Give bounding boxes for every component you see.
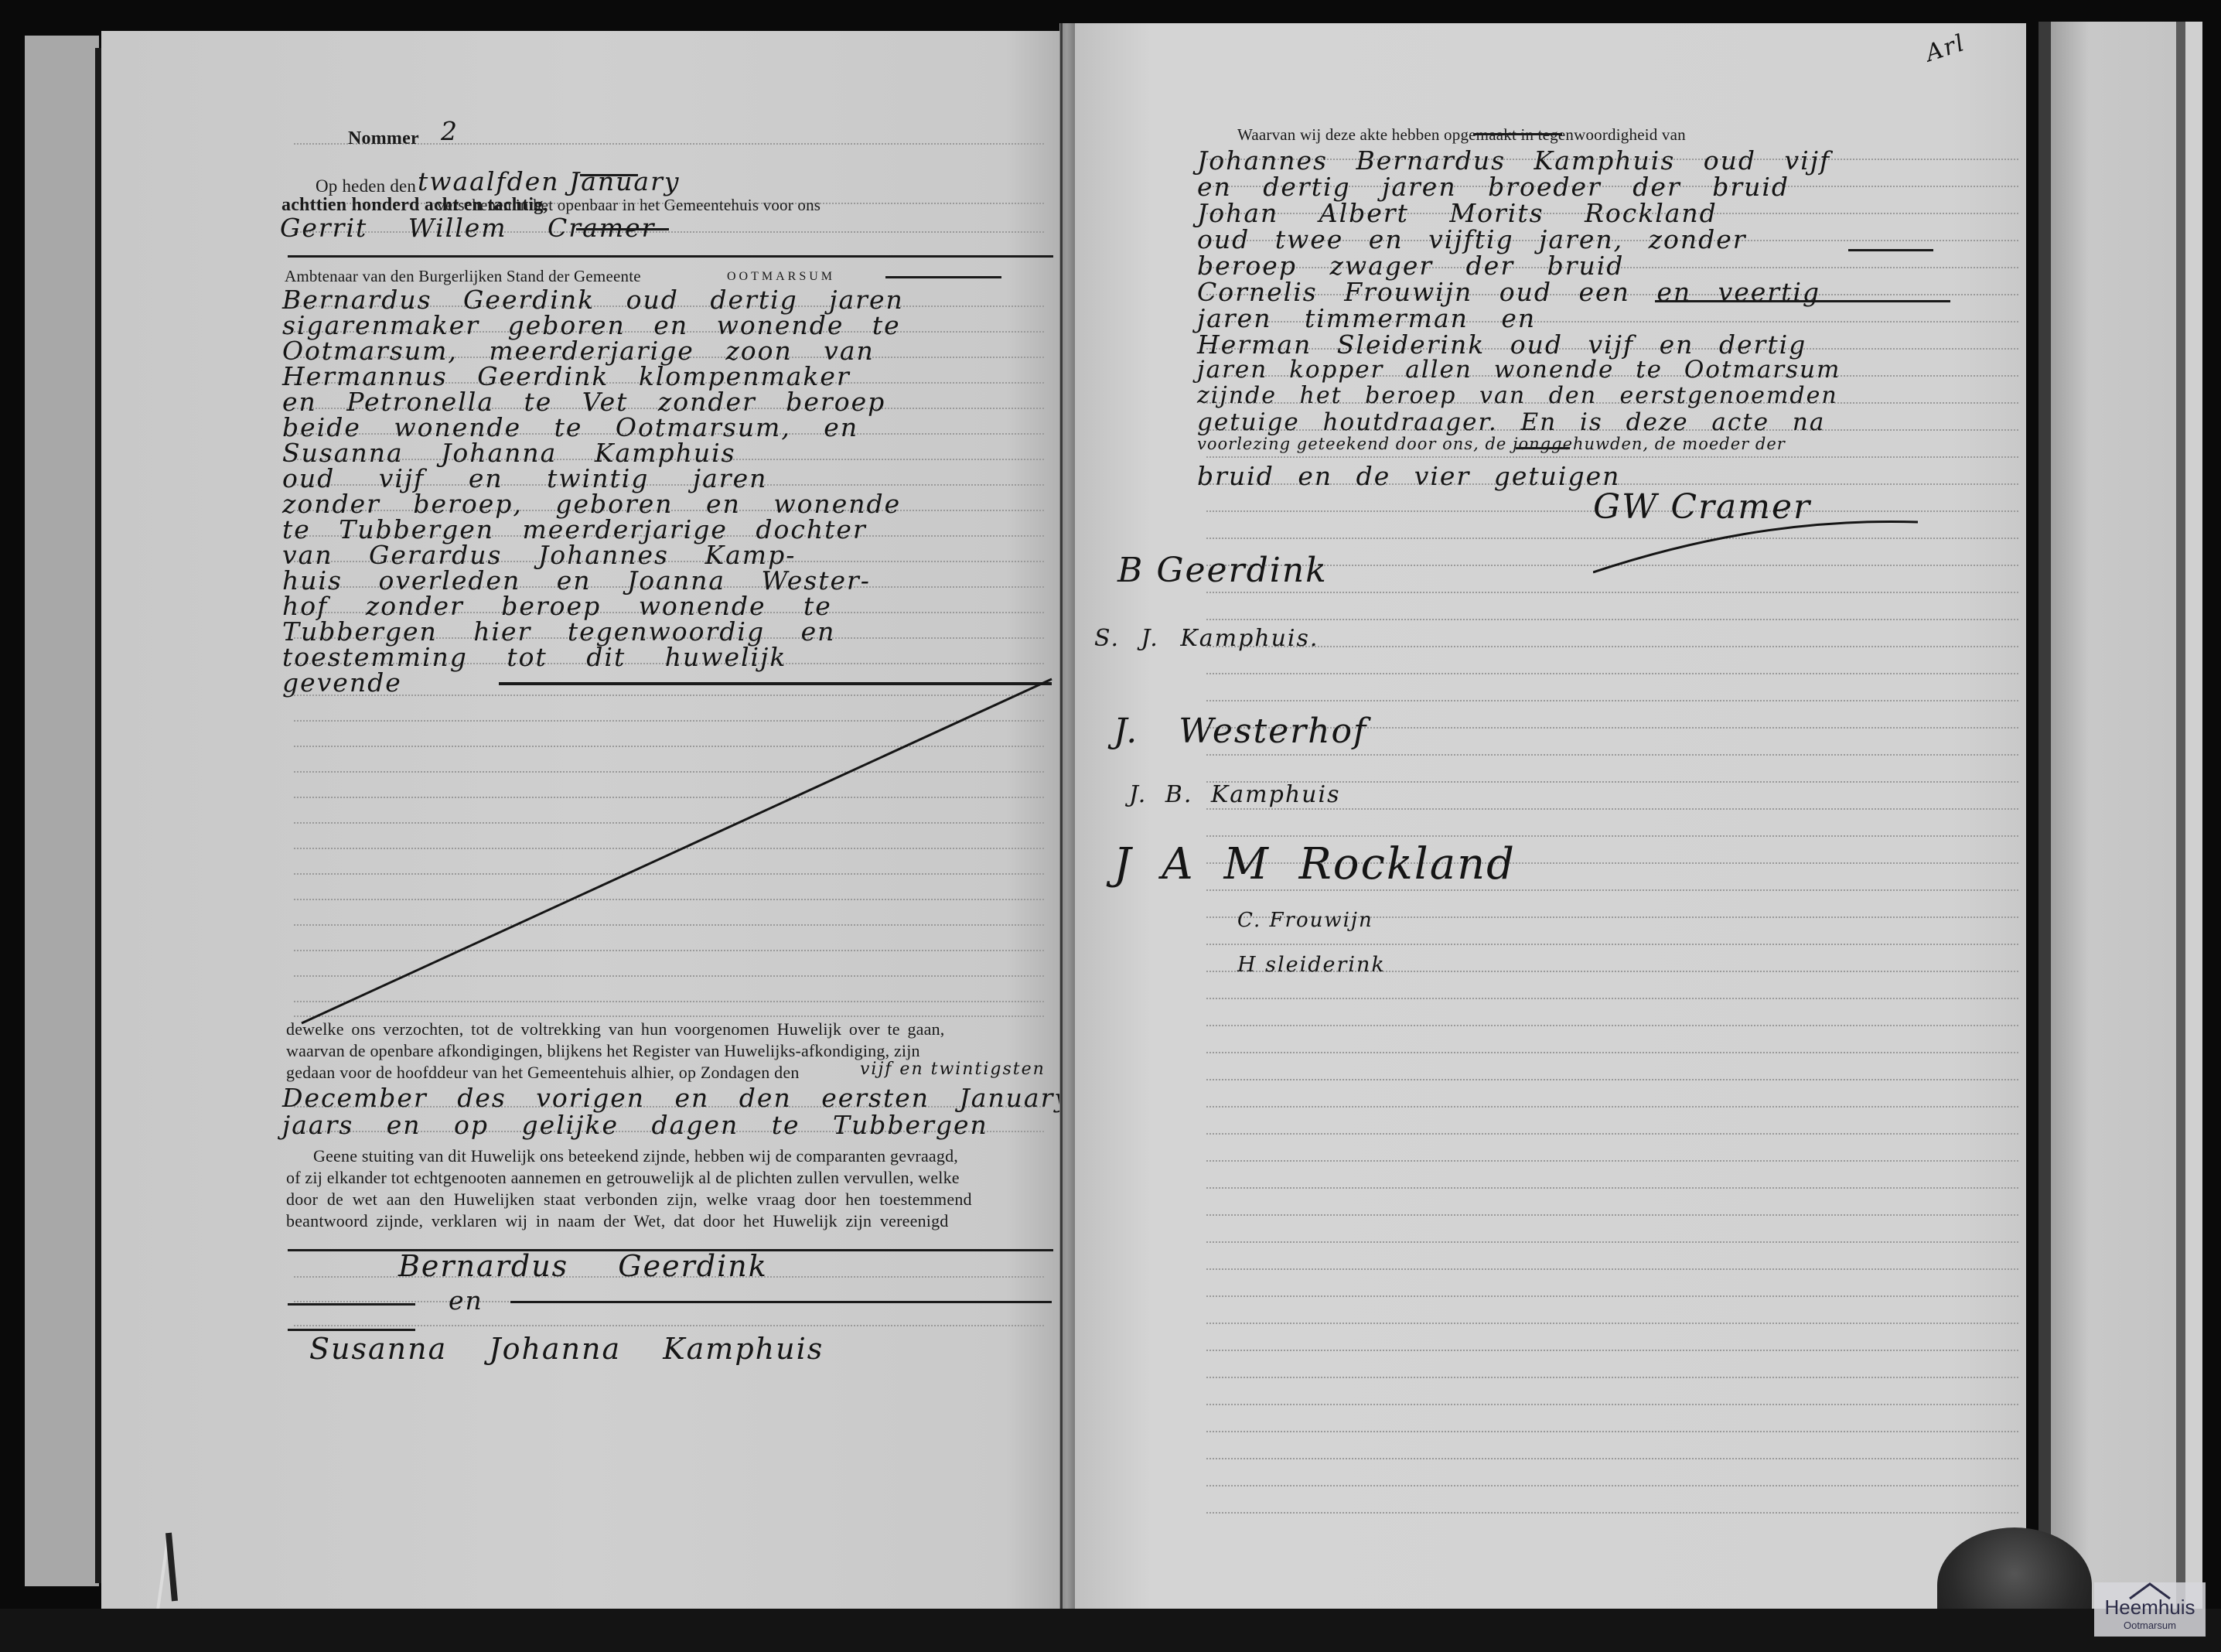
bride-line-left [288,1329,415,1331]
signature-witness-4: H sleiderink [1237,953,1386,977]
signature-groom: B Geerdink [1117,551,1328,590]
signature-witness-1: J. B. Kamphuis [1129,781,1340,808]
registrar-flourish [1593,510,1918,580]
watermark-subtitle: Ootmarsum [2094,1620,2206,1631]
table-surface [0,1609,2221,1652]
void-strikethrough-line [290,671,1063,1027]
registrar-title: Ambtenaar van den Burgerlijken Stand der… [285,267,641,286]
record-number-label: Nommer [348,128,419,149]
date-handwritten: twaalfden January [418,166,681,196]
left-page-stack [25,36,99,1586]
couple-line-right [510,1301,1052,1303]
registrar-line [576,228,669,230]
separator-line [288,255,1053,258]
signature-witness-2: J A M Rockland [1114,839,1516,889]
right-page-stack [2051,22,2178,1615]
signature-mother: J. Westerhof [1114,712,1367,751]
conjunction-en: en [449,1285,483,1316]
signature-witness-3: C. Frouwijn [1237,909,1373,932]
proclamation-date-inline: vijf en twintigsten [860,1060,1046,1079]
date-line [580,174,638,176]
bride-name-handwritten: Susanna Johanna Kamphuis [309,1332,824,1366]
proclamation-handwritten-1: December des vorigen en den eersten Janu… [282,1083,1181,1113]
carpenter-line [1655,300,1950,302]
signature-bride: S. J. Kamphuis. [1094,625,1319,652]
register-book: Nommer 2 Op heden den twaalfden January … [0,0,2221,1652]
right-cover-rim [2185,22,2202,1615]
heemhuis-watermark: Heemhuis Ootmarsum [2094,1582,2206,1637]
proclamation-handwritten-2: jaars en op gelijke dagen te Tubbergen [282,1110,988,1140]
left-cover-edge [95,48,101,1583]
gutter-edge [1060,23,1063,1613]
witness-intro-printed: Waarvan wij deze akte hebben opgemaakt i… [1237,125,1686,145]
bride-line-right [1848,249,1933,251]
record-number-value: 2 [441,116,459,146]
witness-intro-line [1473,133,1562,135]
municipality-line [885,276,1001,278]
municipality-name: OOTMARSUM [727,270,835,284]
right-cover-band [2176,22,2185,1615]
watermark-title: Heemhuis [2094,1596,2206,1618]
groom-name-handwritten: Bernardus Geerdink [398,1249,768,1283]
right-binding-band [2038,22,2051,1615]
witness-end-line [1516,447,1570,449]
date-prefix: Op heden den [316,176,416,196]
couple-line-left [288,1303,415,1306]
